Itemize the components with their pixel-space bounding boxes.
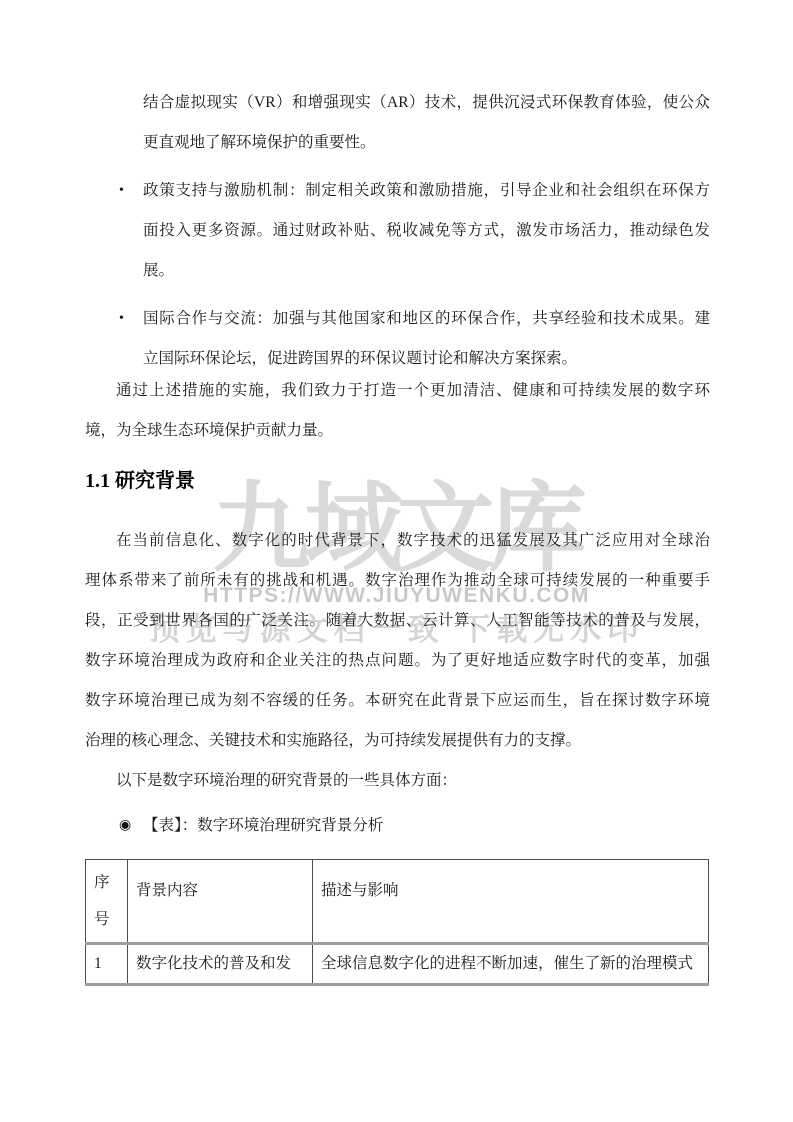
text-line: 在当前信息化、数字化的时代背景下，数字技术的迅猛发展及其广泛应用对全球治: [85, 521, 710, 561]
paragraph-background: 在当前信息化、数字化的时代背景下，数字技术的迅猛发展及其广泛应用对全球治理体系带…: [85, 521, 710, 761]
text-line: 境，为全球生态环境保护贡献力量。: [85, 411, 710, 451]
text-line: 国际合作与交流：加强与其他国家和地区的环保合作，共享经验和技术成果。建: [143, 299, 710, 339]
bullet-item: •政策支持与激励机制：制定相关政策和激励措施，引导企业和社会组织在环保方面投入更…: [85, 171, 710, 291]
text-line: 面投入更多资源。通过财政补贴、税收减免等方式，激发市场活力，推动绿色发: [143, 211, 710, 251]
bullet-list: 结合虚拟现实（VR）和增强现实（AR）技术，提供沉浸式环保教育体验，使公众更直观…: [85, 83, 710, 379]
circled-dot-bullet-icon: ◉: [119, 806, 131, 846]
data-table: 序号背景内容描述与影响 1数字化技术的普及和发全球信息数字化的进程不断加速，催生…: [85, 859, 709, 986]
text-line: 数字环境治理成为政府和企业关注的热点问题。为了更好地适应数字时代的变革，加强: [85, 641, 710, 681]
text-line: 理体系带来了前所未有的挑战和机遇。数字治理作为推动全球可持续发展的一种重要手: [85, 561, 710, 601]
table-header-cell: 描述与影响: [313, 860, 709, 944]
paragraph-closing: 通过上述措施的实施，我们致力于打造一个更加清洁、健康和可持续发展的数字环境，为全…: [85, 371, 710, 451]
text-line: 通过上述措施的实施，我们致力于打造一个更加清洁、健康和可持续发展的数字环: [85, 371, 710, 411]
table-row: 1数字化技术的普及和发全球信息数字化的进程不断加速，催生了新的治理模式: [86, 944, 709, 985]
text-line: 治理的核心理念、关键技术和实施路径，为可持续发展提供有力的支撑。: [85, 721, 710, 761]
bullet-item: ◉ 【表】：数字环境治理研究背景分析: [85, 806, 710, 846]
text-line: 更直观地了解环境保护的重要性。: [143, 123, 710, 163]
bullet-dot-icon: •: [119, 299, 124, 339]
text-line: 政策支持与激励机制：制定相关政策和激励措施，引导企业和社会组织在环保方: [143, 171, 710, 211]
table-cell: 1: [86, 944, 128, 985]
table-cell: 全球信息数字化的进程不断加速，催生了新的治理模式: [313, 944, 709, 985]
text-line: 展。: [143, 251, 710, 291]
document-page: 九域文库 HTTPS://WWW.JIUYUWENKU.COM 预览与源文档一致…: [0, 0, 793, 1122]
table-callout: ◉ 【表】：数字环境治理研究背景分析: [85, 806, 710, 846]
bullet-item: •国际合作与交流：加强与其他国家和地区的环保合作，共享经验和技术成果。建立国际环…: [85, 299, 710, 379]
text-line: 【表】：数字环境治理研究背景分析: [143, 806, 710, 846]
table-cell: 数字化技术的普及和发: [128, 944, 313, 985]
table-container: 序号背景内容描述与影响 1数字化技术的普及和发全球信息数字化的进程不断加速，催生…: [85, 859, 709, 986]
intro-line: 以下是数字环境治理的研究背景的一些具体方面：: [85, 761, 710, 801]
text-line: 以下是数字环境治理的研究背景的一些具体方面：: [85, 761, 710, 801]
table-header-cell: 背景内容: [128, 860, 313, 944]
table-header-cell: 序号: [86, 860, 128, 944]
text-line: 段，正受到世界各国的广泛关注。随着大数据、云计算、人工智能等技术的普及与发展，: [85, 601, 710, 641]
text-line: 数字环境治理已成为刻不容缓的任务。本研究在此背景下应运而生，旨在探讨数字环境: [85, 681, 710, 721]
table-header-row: 序号背景内容描述与影响: [86, 860, 709, 944]
text-line: 结合虚拟现实（VR）和增强现实（AR）技术，提供沉浸式环保教育体验，使公众: [143, 83, 710, 123]
bullet-dot-icon: •: [119, 171, 124, 211]
bullet-item: 结合虚拟现实（VR）和增强现实（AR）技术，提供沉浸式环保教育体验，使公众更直观…: [85, 83, 710, 163]
section-heading: 1.1 研究背景: [85, 466, 710, 496]
